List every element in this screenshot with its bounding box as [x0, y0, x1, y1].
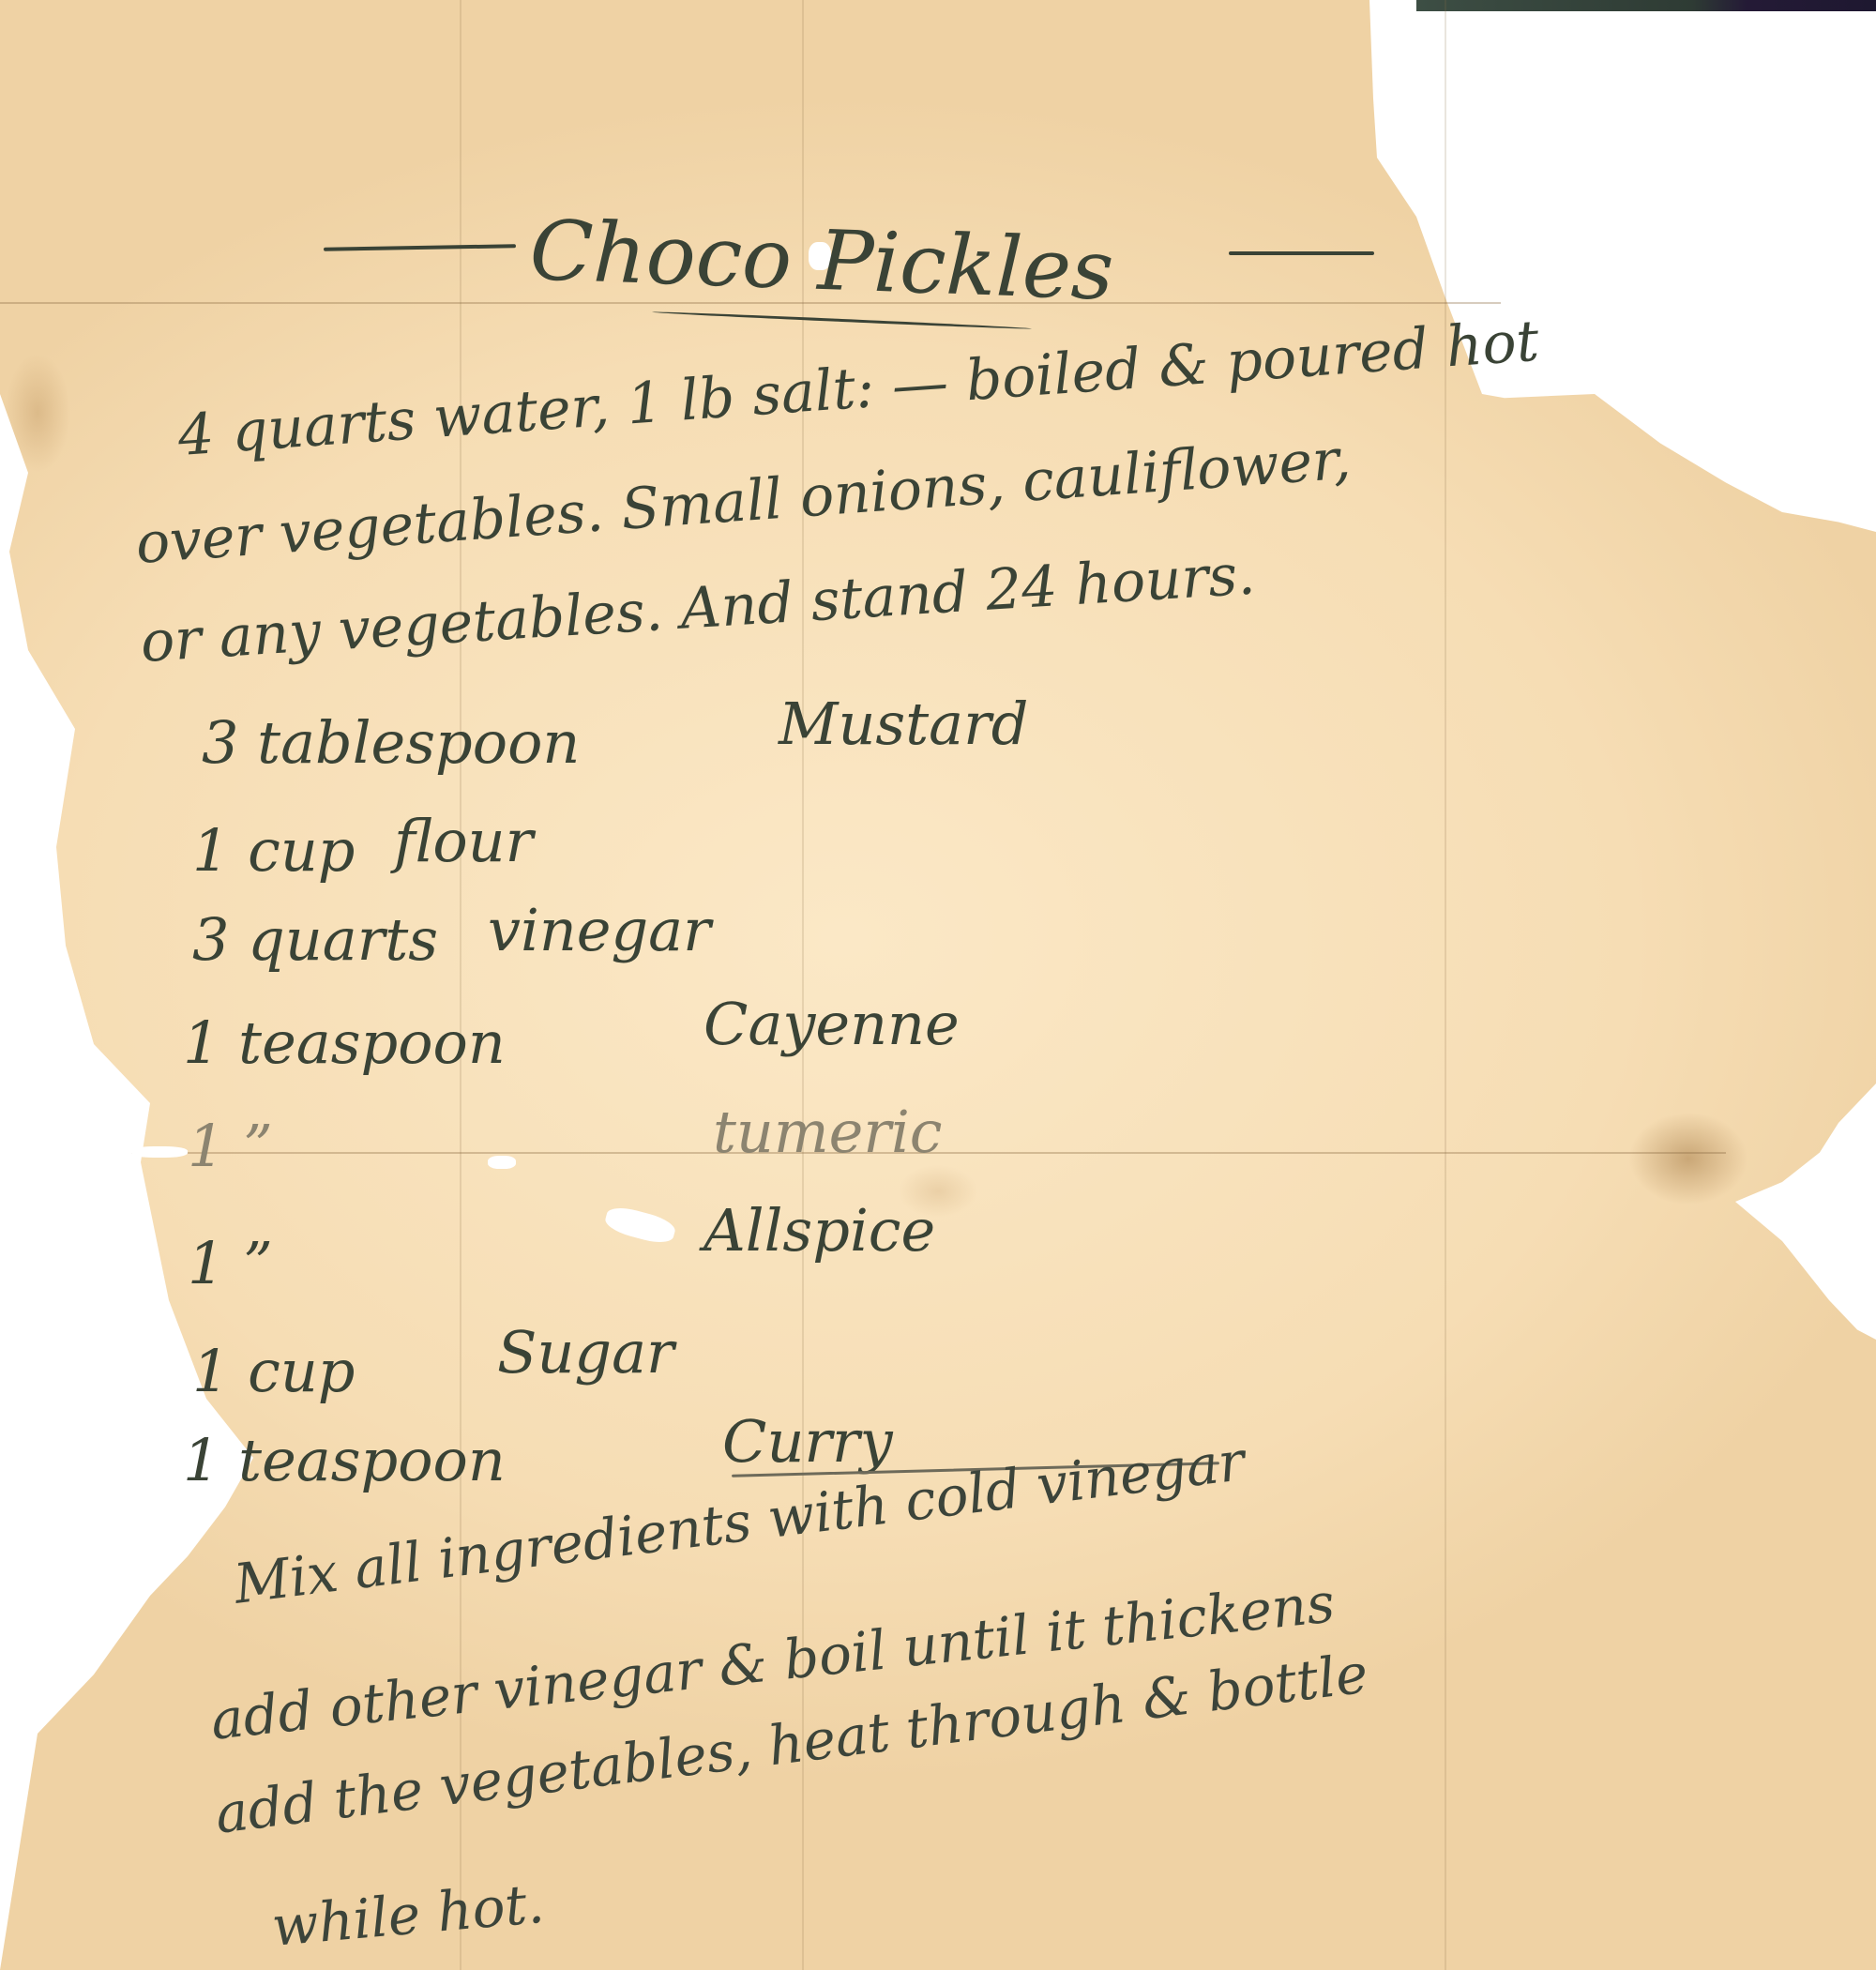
recipe-title: Choco Pickles	[528, 202, 1115, 319]
title-dash-right	[1229, 251, 1374, 255]
ingredient-qty: 3 tablespoon	[202, 708, 580, 777]
ingredient-qty: 1 ”	[188, 1112, 273, 1180]
paper-tear-fold-mid	[488, 1156, 516, 1169]
ingredient-name: Allspice	[703, 1196, 935, 1265]
ingredient-name: Cayenne	[703, 990, 960, 1058]
ingredient-name: Sugar	[497, 1318, 674, 1387]
ingredient-name: flour	[394, 807, 533, 875]
ingredient-name: Mustard	[779, 689, 1028, 758]
ingredient-name: Curry	[722, 1407, 893, 1476]
scan-background-strip	[1416, 0, 1876, 11]
ingredient-qty: 3 quarts	[192, 905, 438, 974]
ingredient-qty: 1 ”	[188, 1229, 273, 1297]
ingredient-name: vinegar	[488, 896, 711, 964]
ingredient-qty: 1 cup	[192, 1337, 356, 1405]
paper-tear-fold-left	[131, 1146, 188, 1158]
fold-line-right	[1445, 0, 1446, 1970]
ingredient-qty: 1 teaspoon	[183, 1008, 506, 1077]
ingredient-name: tumeric	[713, 1098, 943, 1166]
ingredient-qty: 1 teaspoon	[183, 1426, 506, 1494]
ingredient-qty: 1 cup	[192, 816, 356, 885]
